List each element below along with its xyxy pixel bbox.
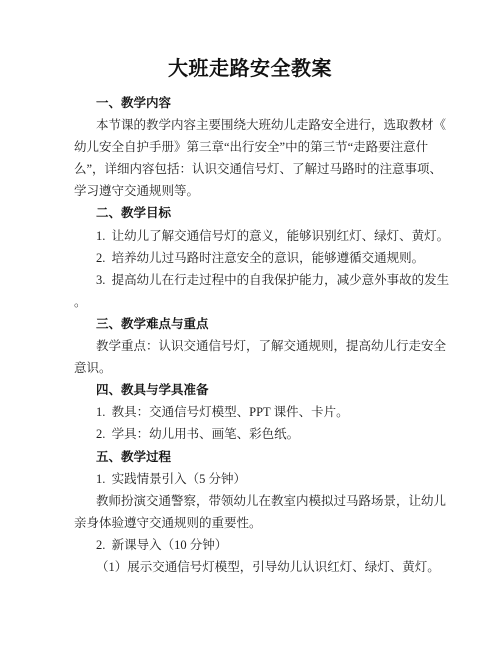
text-line: 3. 提高幼儿在行走过程中的自我保护能力，减少意外事故的发生 [74, 269, 460, 291]
text-line: 幼儿安全自护手册》第三章“出行安全”中的第三节“走路要注意什 [74, 136, 460, 158]
text-line: 本节课的教学内容主要围绕大班幼儿走路安全进行，选取教材《 [74, 114, 460, 136]
text-line: （1）展示交通信号灯模型，引导幼儿认识红灯、绿灯、黄灯。 [74, 556, 460, 578]
section-heading: 五、教学过程 [74, 446, 460, 468]
text-line: 2. 培养幼儿过马路时注意安全的意识，能够遵循交通规则。 [74, 247, 460, 269]
text-line: 2. 新课导入（10 分钟） [74, 534, 460, 556]
text-line: 亲身体验遵守交通规则的重要性。 [74, 512, 460, 534]
text-line: 意识。 [74, 357, 460, 379]
text-line: 。 [74, 291, 460, 313]
section-heading: 三、教学难点与重点 [74, 313, 460, 335]
text-line: 1. 让幼儿了解交通信号灯的意义，能够识别红灯、绿灯、黄灯。 [74, 225, 460, 247]
text-line: 1. 实践情景引入（5 分钟） [74, 468, 460, 490]
document-body: 一、教学内容本节课的教学内容主要围绕大班幼儿走路安全进行，选取教材《幼儿安全自护… [0, 92, 500, 578]
section-heading: 四、教具与学具准备 [74, 379, 460, 401]
document-title: 大班走路安全教案 [0, 54, 500, 84]
text-line: 2. 学具：幼儿用书、画笔、彩色纸。 [74, 423, 460, 445]
text-line: 么”，详细内容包括：认识交通信号灯、了解过马路时的注意事项、 [74, 158, 460, 180]
section-heading: 一、教学内容 [74, 92, 460, 114]
section-heading: 二、教学目标 [74, 202, 460, 224]
document-page: 大班走路安全教案 一、教学内容本节课的教学内容主要围绕大班幼儿走路安全进行，选取… [0, 0, 500, 647]
text-line: 教学重点：认识交通信号灯，了解交通规则，提高幼儿行走安全 [74, 335, 460, 357]
text-line: 1. 教具：交通信号灯模型、PPT 课件、卡片。 [74, 401, 460, 423]
text-line: 教师扮演交通警察，带领幼儿在教室内模拟过马路场景，让幼儿 [74, 490, 460, 512]
text-line: 学习遵守交通规则等。 [74, 180, 460, 202]
